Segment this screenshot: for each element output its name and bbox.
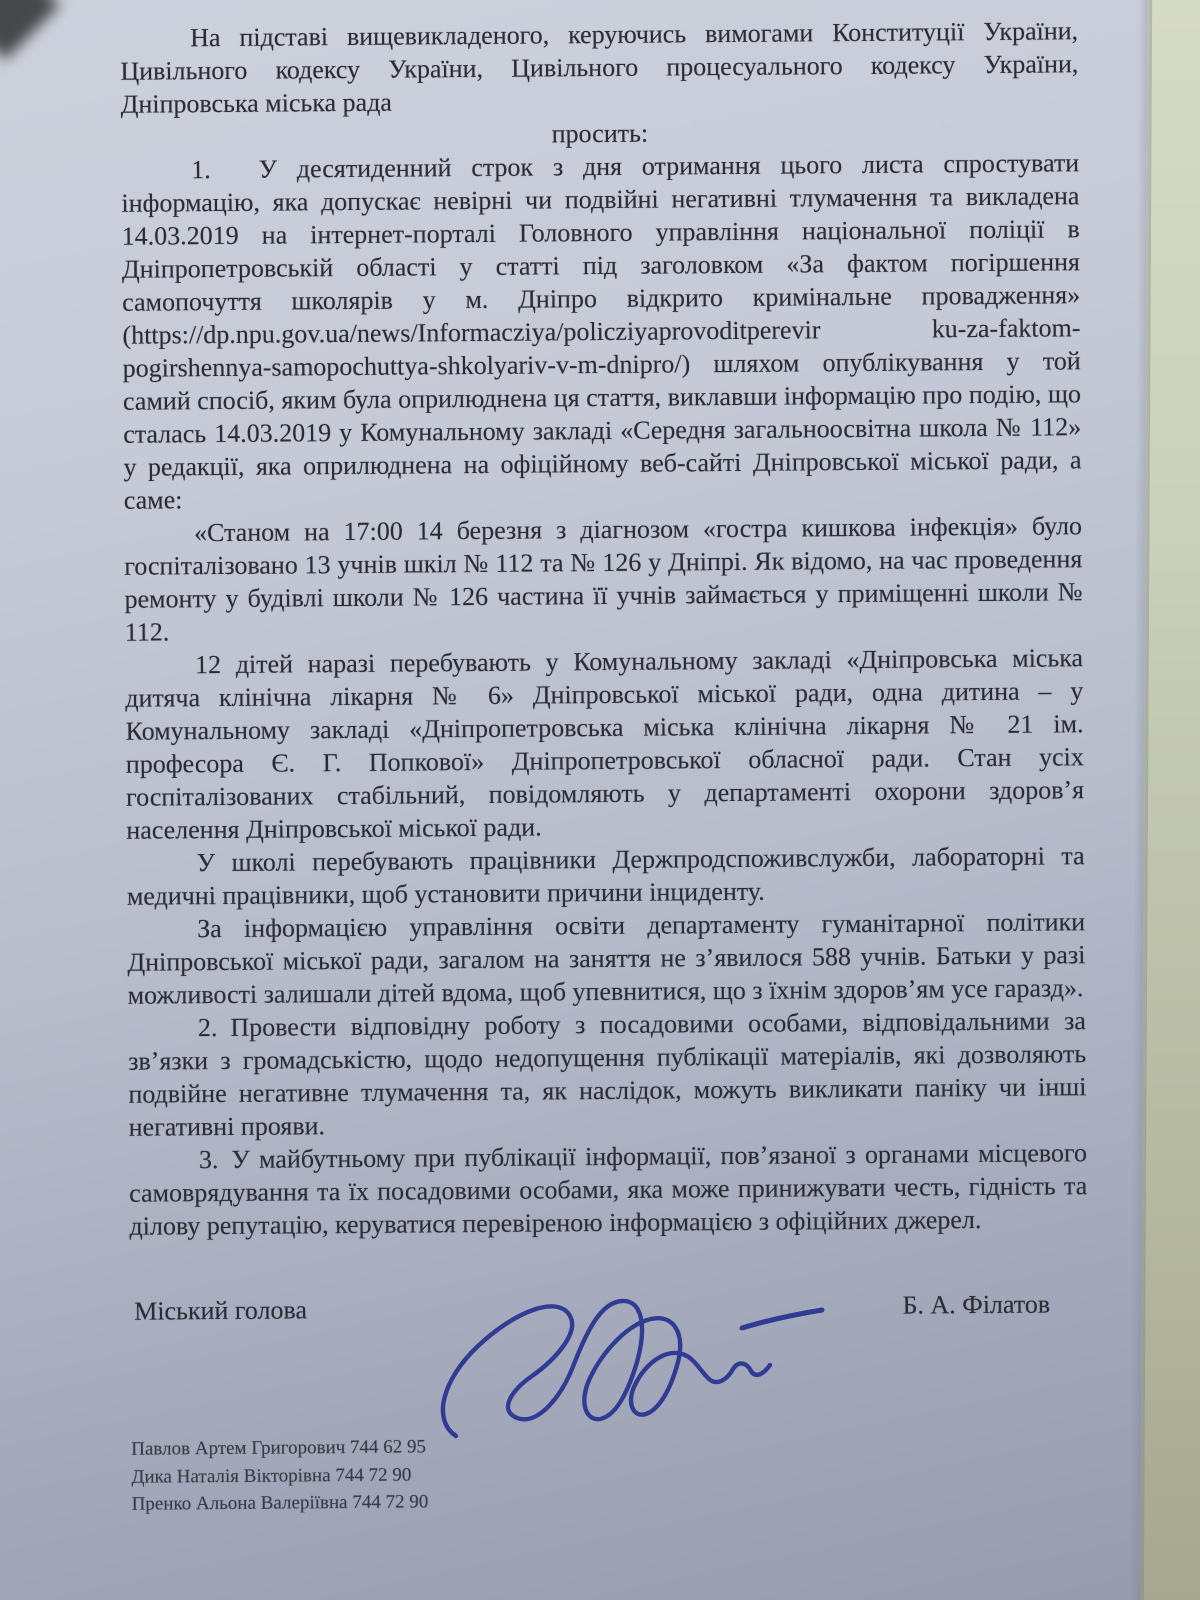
contact-block: Павлов Артем Григорович 744 62 95 Дика Н… — [131, 1428, 1090, 1518]
scanned-letter-photo: На підставі вищевикладеного, керуючись в… — [0, 0, 1200, 1600]
item-2-text: Провести відповідну роботу з посадовими … — [128, 1006, 1086, 1142]
quoted-paragraph-1: «Станом на 17:00 14 березня з діагнозом … — [124, 509, 1083, 649]
item-1-paragraph: 1.У десятиденний строк з дня отримання ц… — [121, 146, 1082, 517]
signer-name-label: Б. А. Філатов — [902, 1287, 1050, 1321]
item-2-number: 2. — [198, 1013, 218, 1042]
intro-paragraph: На підставі вищевикладеного, керуючись в… — [120, 14, 1079, 121]
quoted-paragraph-4: За інформацією управління освіти департа… — [127, 905, 1086, 1012]
item-3-paragraph: 3.У майбутньому при публікації інформаці… — [129, 1136, 1088, 1243]
photo-corner-shadow — [0, 0, 60, 60]
item-2-paragraph: 2.Провести відповідну роботу з посадовим… — [128, 1004, 1087, 1144]
item-3-text: У майбутньому при публікації інформації,… — [129, 1138, 1087, 1241]
quoted-paragraph-2: 12 дітей наразі перебувають у Комунально… — [125, 641, 1085, 847]
letter-document: На підставі вищевикладеного, керуючись в… — [120, 14, 1090, 1518]
item-1-number: 1. — [191, 155, 211, 184]
item-1-text: У десятиденний строк з дня отримання цьо… — [121, 148, 1081, 515]
item-3-number: 3. — [199, 1145, 219, 1174]
signature-row: Міський голова Б. А. Філатов — [130, 1287, 1088, 1328]
quoted-paragraph-3: У школі перебувають працівники Держпродс… — [126, 839, 1084, 913]
signer-position-label: Міський голова — [134, 1293, 307, 1327]
